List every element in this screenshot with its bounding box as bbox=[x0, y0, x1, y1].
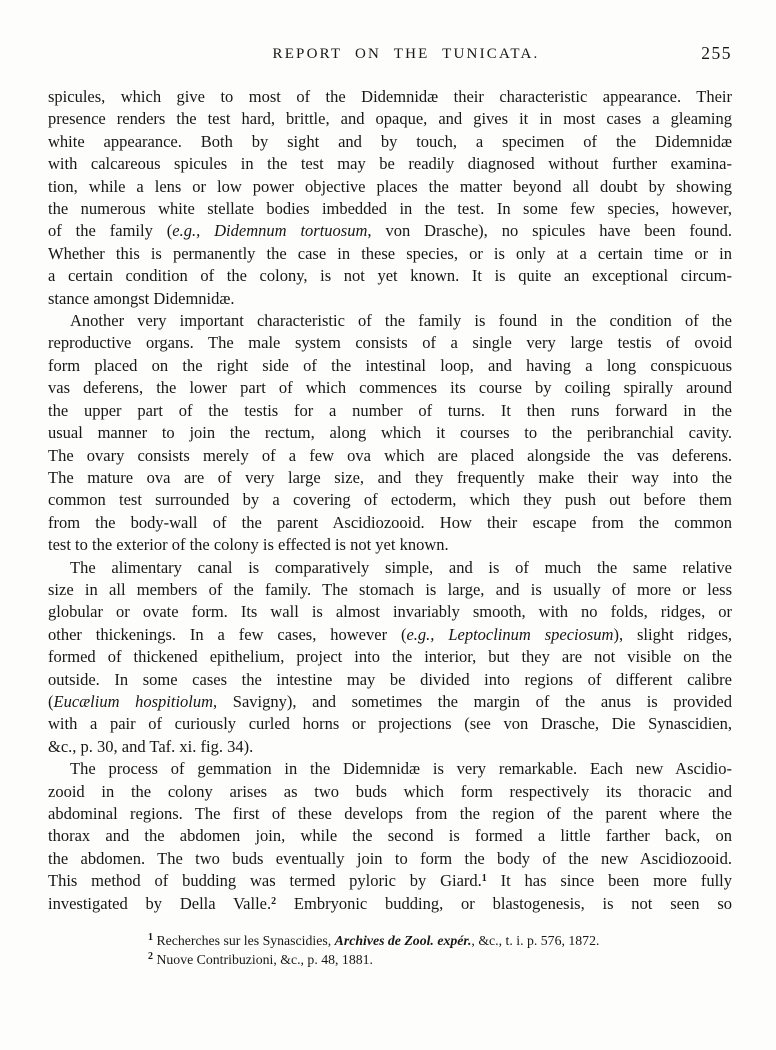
text-line: other thickenings. In a few cases, howev… bbox=[48, 624, 732, 646]
text-segment: Eucælium hospitiolum bbox=[54, 692, 214, 711]
text-line: &c., p. 30, and Taf. xi. fig. 34). bbox=[48, 736, 732, 758]
text-segment: with calcareous spicules in the test may… bbox=[48, 154, 732, 173]
text-segment: the numerous white stellate bodies imbed… bbox=[48, 199, 732, 218]
text-line: presence renders the test hard, brittle,… bbox=[48, 108, 732, 130]
text-line: size in all members of the family. The s… bbox=[48, 579, 732, 601]
text-line: from the body-wall of the parent Ascidio… bbox=[48, 512, 732, 534]
text-segment: presence renders the test hard, brittle,… bbox=[48, 109, 732, 128]
text-segment: e.g., Didemnum tortuosum bbox=[172, 221, 367, 240]
text-segment: tion, while a lens or low power objectiv… bbox=[48, 177, 732, 196]
text-line: Another very important characteristic of… bbox=[48, 310, 732, 332]
text-segment: with a pair of curiously curled horns or… bbox=[48, 714, 732, 733]
text-segment: Another very important characteristic of… bbox=[70, 311, 732, 330]
text-segment: zooid in the colony arises as two buds w… bbox=[48, 782, 732, 801]
text-segment: reproductive organs. The male system con… bbox=[48, 333, 732, 352]
text-line: a certain condition of the colony, is no… bbox=[48, 265, 732, 287]
paragraph: spicules, which give to most of the Dide… bbox=[48, 86, 732, 310]
text-line: tion, while a lens or low power objectiv… bbox=[48, 176, 732, 198]
text-line: outside. In some cases the intestine may… bbox=[48, 669, 732, 691]
page-header: REPORT ON THE TUNICATA. 255 bbox=[48, 46, 732, 68]
text-segment: Embryonic budding, or blastogenesis, is … bbox=[276, 894, 732, 913]
text-line: This method of budding was termed pylori… bbox=[48, 870, 732, 892]
text-line: the abdomen. The two buds eventually joi… bbox=[48, 848, 732, 870]
text-segment: the abdomen. The two buds eventually joi… bbox=[48, 849, 732, 868]
book-page: REPORT ON THE TUNICATA. 255 spicules, wh… bbox=[0, 0, 776, 1050]
text-segment: form placed on the right side of the int… bbox=[48, 356, 732, 375]
text-line: form placed on the right side of the int… bbox=[48, 355, 732, 377]
text-segment: It has since been more fully bbox=[487, 871, 732, 890]
footnotes: 1 Recherches sur les Synascidies, Archiv… bbox=[48, 931, 732, 969]
text-segment: The process of gemmation in the Didemnid… bbox=[70, 759, 732, 778]
text-line: the upper part of the testis for a numbe… bbox=[48, 400, 732, 422]
text-line: spicules, which give to most of the Dide… bbox=[48, 86, 732, 108]
text-segment: formed of thickened epithelium, project … bbox=[48, 647, 732, 666]
text-segment: other thickenings. In a few cases, howev… bbox=[48, 625, 406, 644]
text-segment: , von Drasche), no spicules have been fo… bbox=[367, 221, 732, 240]
text-segment: , &c., t. i. p. 576, 1872. bbox=[471, 933, 599, 948]
text-segment: The alimentary canal is comparatively si… bbox=[70, 558, 732, 577]
text-line: The process of gemmation in the Didemnid… bbox=[48, 758, 732, 780]
text-segment: abdominal regions. The first of these de… bbox=[48, 804, 732, 823]
text-line: white appearance. Both by sight and by t… bbox=[48, 131, 732, 153]
paragraph: The process of gemmation in the Didemnid… bbox=[48, 758, 732, 915]
text-line: The mature ova are of very large size, a… bbox=[48, 467, 732, 489]
body-text: spicules, which give to most of the Dide… bbox=[48, 86, 732, 915]
footnote: 2 Nuove Contribuzioni, &c., p. 48, 1881. bbox=[148, 950, 732, 969]
page-number: 255 bbox=[701, 43, 732, 64]
text-segment: &c., p. 30, and Taf. xi. fig. 34). bbox=[48, 737, 253, 756]
running-title: REPORT ON THE TUNICATA. bbox=[64, 46, 748, 63]
text-line: vas deferens, the lower part of which co… bbox=[48, 377, 732, 399]
text-segment: spicules, which give to most of the Dide… bbox=[48, 87, 732, 106]
text-line: zooid in the colony arises as two buds w… bbox=[48, 781, 732, 803]
footnote: 1 Recherches sur les Synascidies, Archiv… bbox=[148, 931, 732, 950]
text-line: investigated by Della Valle.2 Embryonic … bbox=[48, 893, 732, 915]
text-segment: white appearance. Both by sight and by t… bbox=[48, 132, 732, 151]
text-line: with calcareous spicules in the test may… bbox=[48, 153, 732, 175]
text-segment: e.g., Leptoclinum speciosum bbox=[406, 625, 613, 644]
text-line: abdominal regions. The first of these de… bbox=[48, 803, 732, 825]
text-line: common test surrounded by a covering of … bbox=[48, 489, 732, 511]
text-segment: vas deferens, the lower part of which co… bbox=[48, 378, 732, 397]
text-line: with a pair of curiously curled horns or… bbox=[48, 713, 732, 735]
text-segment: ), slight ridges, bbox=[613, 625, 732, 644]
text-line: test to the exterior of the colony is ef… bbox=[48, 534, 732, 556]
text-line: globular or ovate form. Its wall is almo… bbox=[48, 601, 732, 623]
text-segment: Archives de Zool. expér. bbox=[335, 933, 472, 948]
text-segment: , Savigny), and sometimes the margin of … bbox=[213, 692, 732, 711]
text-segment: of the family ( bbox=[48, 221, 172, 240]
text-segment: The mature ova are of very large size, a… bbox=[48, 468, 732, 487]
text-line: stance amongst Didemnidæ. bbox=[48, 288, 732, 310]
text-line: The ovary consists merely of a few ova w… bbox=[48, 445, 732, 467]
text-segment: globular or ovate form. Its wall is almo… bbox=[48, 602, 732, 621]
paragraph: Another very important characteristic of… bbox=[48, 310, 732, 556]
text-segment: outside. In some cases the intestine may… bbox=[48, 670, 732, 689]
text-segment: stance amongst Didemnidæ. bbox=[48, 289, 235, 308]
text-segment: Whether this is permanently the case in … bbox=[48, 244, 732, 263]
text-segment: from the body-wall of the parent Ascidio… bbox=[48, 513, 732, 532]
text-line: The alimentary canal is comparatively si… bbox=[48, 557, 732, 579]
text-segment: thorax and the abdomen join, while the s… bbox=[48, 826, 732, 845]
text-segment: common test surrounded by a covering of … bbox=[48, 490, 732, 509]
text-segment: The ovary consists merely of a few ova w… bbox=[48, 446, 732, 465]
page-content: REPORT ON THE TUNICATA. 255 spicules, wh… bbox=[48, 46, 732, 969]
text-segment: usual manner to join the rectum, along w… bbox=[48, 423, 732, 442]
text-segment: a certain condition of the colony, is no… bbox=[48, 266, 732, 285]
text-line: (Eucælium hospitiolum, Savigny), and som… bbox=[48, 691, 732, 713]
text-line: of the family (e.g., Didemnum tortuosum,… bbox=[48, 220, 732, 242]
text-segment: the upper part of the testis for a numbe… bbox=[48, 401, 732, 420]
text-line: reproductive organs. The male system con… bbox=[48, 332, 732, 354]
text-segment: size in all members of the family. The s… bbox=[48, 580, 732, 599]
text-line: usual manner to join the rectum, along w… bbox=[48, 422, 732, 444]
text-segment: test to the exterior of the colony is ef… bbox=[48, 535, 449, 554]
paragraph: The alimentary canal is comparatively si… bbox=[48, 557, 732, 759]
text-segment: investigated by Della Valle. bbox=[48, 894, 271, 913]
text-line: formed of thickened epithelium, project … bbox=[48, 646, 732, 668]
text-segment: This method of budding was termed pylori… bbox=[48, 871, 482, 890]
text-segment: Recherches sur les Synascidies, bbox=[153, 933, 335, 948]
text-line: thorax and the abdomen join, while the s… bbox=[48, 825, 732, 847]
text-segment: Nuove Contribuzioni, &c., p. 48, 1881. bbox=[153, 952, 373, 967]
text-line: the numerous white stellate bodies imbed… bbox=[48, 198, 732, 220]
text-line: Whether this is permanently the case in … bbox=[48, 243, 732, 265]
